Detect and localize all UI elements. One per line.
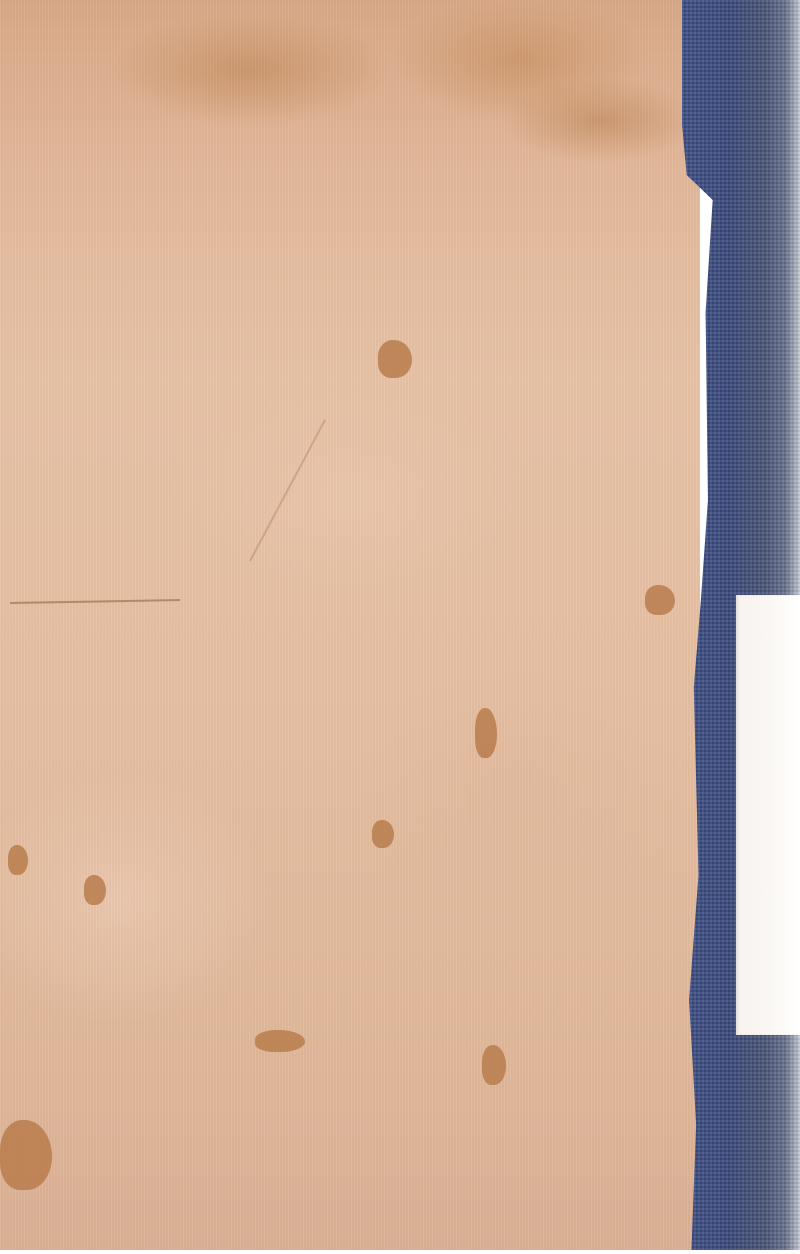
book-back-cover-photo [0, 0, 800, 1254]
spine-label [736, 595, 800, 1035]
worn-spot [8, 845, 28, 875]
worn-spot [482, 1045, 506, 1085]
worn-spot [0, 1120, 52, 1190]
paper-board [0, 0, 700, 1250]
worn-spot [372, 820, 394, 848]
worn-spot [84, 875, 106, 905]
worn-spot [645, 585, 675, 615]
worn-spot [378, 340, 412, 378]
worn-spot [475, 708, 497, 758]
worn-spot [255, 1030, 305, 1052]
